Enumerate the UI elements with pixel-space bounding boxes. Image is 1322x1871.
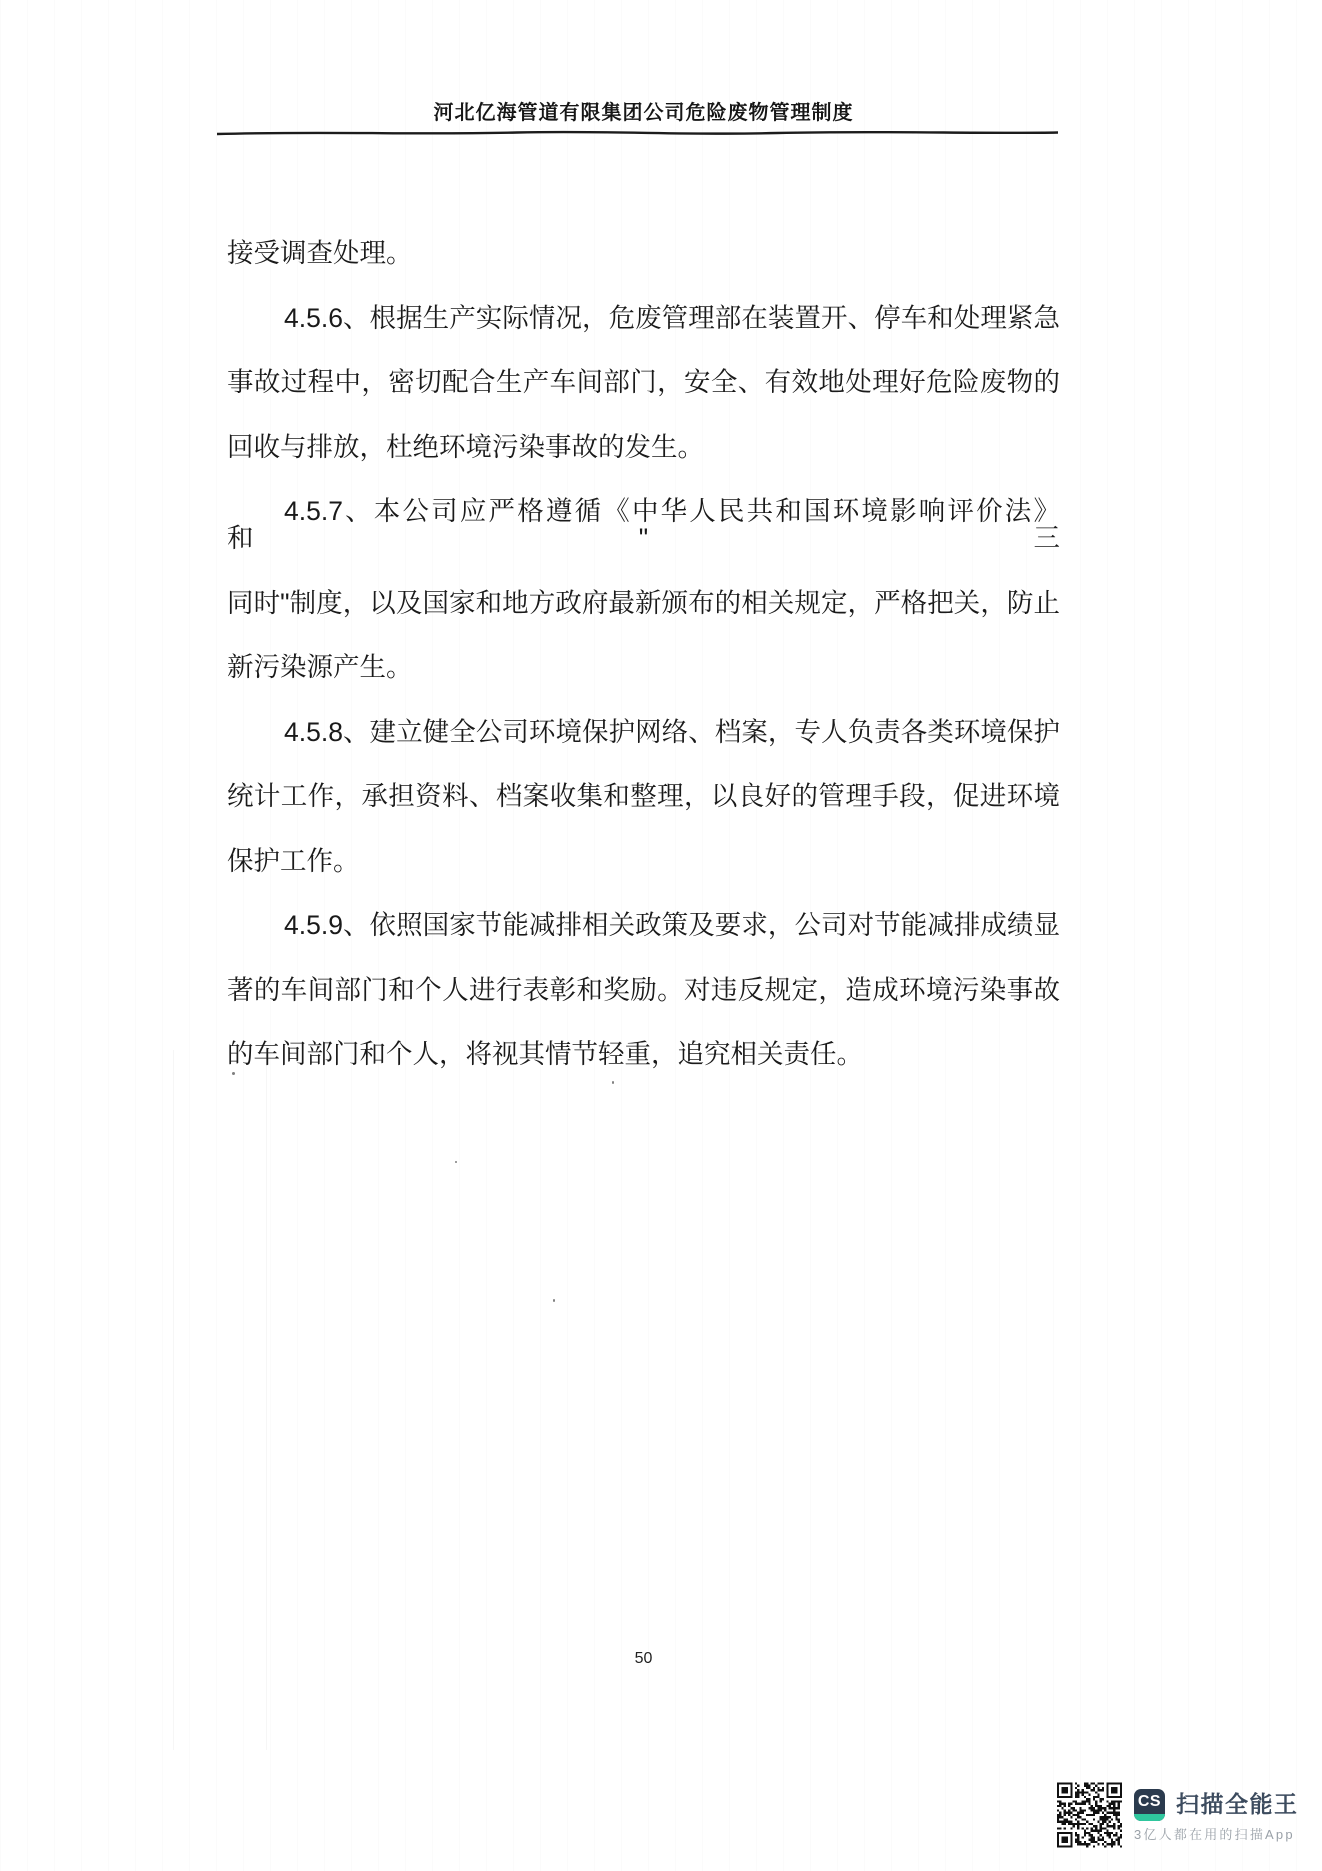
text-line: 同时"制度，以及国家和地方政府最新颁布的相关规定，严格把关，防止 xyxy=(227,590,1060,617)
page-number: 50 xyxy=(227,1650,1060,1668)
text-line: 接受调查处理。 xyxy=(227,240,1060,267)
text-line: 的车间部门和个人，将视其情节轻重，追究相关责任。 xyxy=(227,1041,1060,1068)
scanned-document-page: { "header": { "title": "河北亿海管道有限集团公司危险废物… xyxy=(0,0,1322,1871)
scan-speck xyxy=(232,1072,235,1075)
scan-speck xyxy=(612,1081,614,1084)
document-body: 接受调查处理。 4.5.6、根据生产实际情况，危废管理部在装置开、停车和处理紧急… xyxy=(227,240,1060,1106)
text-line: 统计工作，承担资料、档案收集和整理，以良好的管理手段，促进环境 xyxy=(227,783,1060,810)
text-line: 保护工作。 xyxy=(227,848,1060,875)
text-line: 4.5.8、建立健全公司环境保护网络、档案，专人负责各类环境保护 xyxy=(227,719,1060,746)
text-line: 回收与排放，杜绝环境污染事故的发生。 xyxy=(227,434,1060,461)
scan-speck xyxy=(455,1161,457,1163)
header-rule xyxy=(217,126,1058,140)
qr-code-icon xyxy=(1057,1781,1122,1849)
camscanner-logo-icon: CS xyxy=(1134,1789,1165,1821)
camscanner-logo-monogram: CS xyxy=(1134,1791,1165,1813)
text-line: 4.5.9、依照国家节能减排相关政策及要求，公司对节能减排成绩显 xyxy=(227,912,1060,939)
text-line: 事故过程中，密切配合生产车间部门，安全、有效地处理好危险废物的 xyxy=(227,369,1060,396)
scan-streak xyxy=(266,1050,267,1750)
text-line: 著的车间部门和个人进行表彰和奖励。对违反规定，造成环境污染事故 xyxy=(227,977,1060,1004)
text-line: 4.5.6、根据生产实际情况，危废管理部在装置开、停车和处理紧急 xyxy=(227,305,1060,332)
camscanner-logo-accent-bar xyxy=(1134,1814,1165,1821)
scan-streak xyxy=(173,1050,174,1750)
camscanner-app-name: 扫描全能王 xyxy=(1176,1791,1299,1817)
document-header-title: 河北亿海管道有限集团公司危险废物管理制度 xyxy=(227,102,1060,124)
text-line: 新污染源产生。 xyxy=(227,654,1060,681)
camscanner-tagline: 3亿人都在用的扫描App xyxy=(1134,1827,1295,1843)
scan-speck xyxy=(553,1299,555,1302)
text-line: 4.5.7、本公司应严格遵循《中华人民共和国环境影响评价法》和"三 xyxy=(227,498,1060,552)
